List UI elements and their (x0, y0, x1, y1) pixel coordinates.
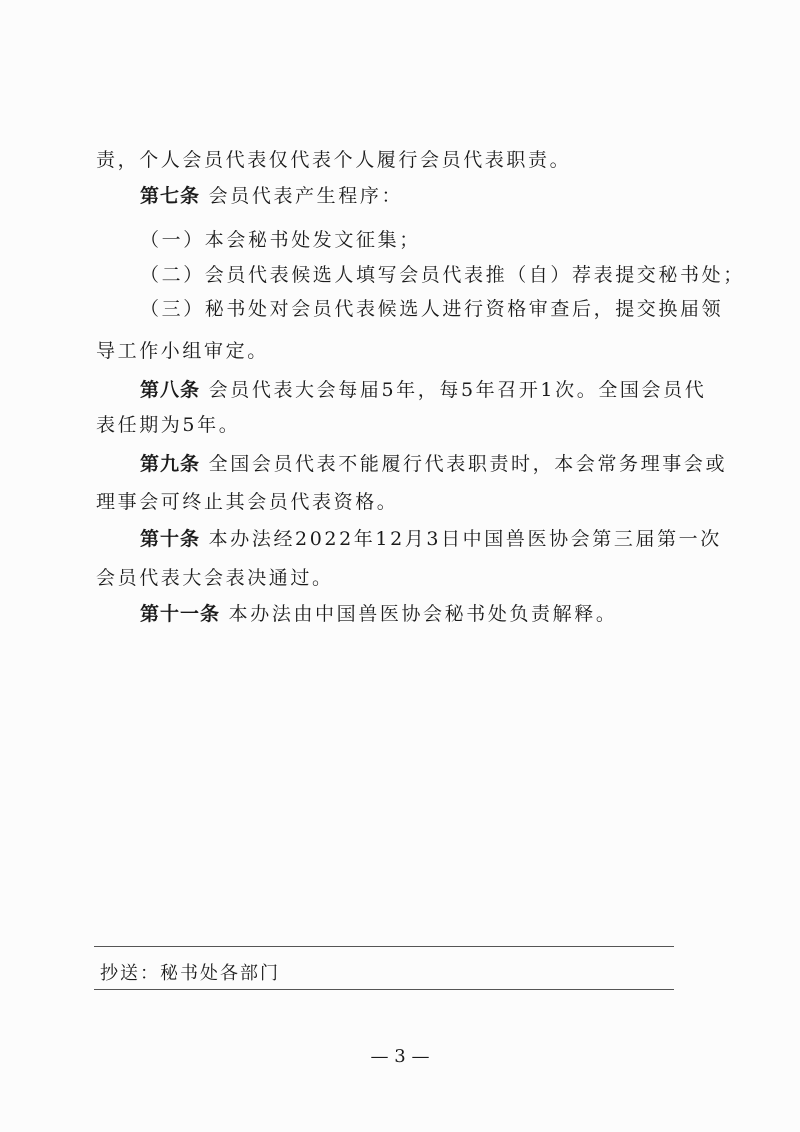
article-heading: 第八条 (140, 379, 200, 401)
cc-line: 抄送：秘书处各部门 (100, 959, 280, 985)
body-line: 责，个人会员代表仅代表个人履行会员代表职责。 (96, 148, 686, 172)
body-line: （二）会员代表候选人填写会员代表推（自）荐表提交秘书处； (140, 263, 730, 287)
article-text: 全国会员代表不能履行代表职责时，本会常务理事会或 (200, 453, 727, 475)
article-heading: 第七条 (140, 185, 200, 207)
article-heading: 第十一条 (140, 603, 220, 625)
document-page: 责，个人会员代表仅代表个人履行会员代表职责。 第七条 会员代表产生程序： （一）… (0, 0, 800, 1132)
page-number: — 3 — (0, 1046, 800, 1067)
body-line: 会员代表大会表决通过。 (96, 566, 686, 590)
article-text: 本办法由中国兽医协会秘书处负责解释。 (220, 603, 617, 625)
article-text: 本办法经2022年12月3日中国兽医协会第三届第一次 (200, 528, 722, 550)
article-heading: 第十条 (140, 528, 200, 550)
body-line: 表任期为5年。 (96, 413, 686, 437)
article-10: 第十条 本办法经2022年12月3日中国兽医协会第三届第一次 (140, 527, 730, 551)
footer-rule-top (94, 946, 674, 947)
article-11: 第十一条 本办法由中国兽医协会秘书处负责解释。 (140, 602, 730, 626)
body-line: （三）秘书处对会员代表候选人进行资格审查后，提交换届领 (140, 297, 730, 321)
body-line: 理事会可终止其会员代表资格。 (96, 490, 686, 514)
footer-rule-bottom (94, 989, 674, 990)
article-8: 第八条 会员代表大会每届5年，每5年召开1次。全国会员代 (140, 378, 730, 402)
article-9: 第九条 全国会员代表不能履行代表职责时，本会常务理事会或 (140, 452, 730, 476)
body-line: 导工作小组审定。 (96, 339, 686, 363)
article-text: 会员代表大会每届5年，每5年召开1次。全国会员代 (200, 379, 706, 401)
article-text: 会员代表产生程序： (200, 185, 403, 207)
article-7: 第七条 会员代表产生程序： (140, 184, 730, 208)
article-heading: 第九条 (140, 453, 200, 475)
body-line: （一）本会秘书处发文征集； (140, 228, 730, 252)
